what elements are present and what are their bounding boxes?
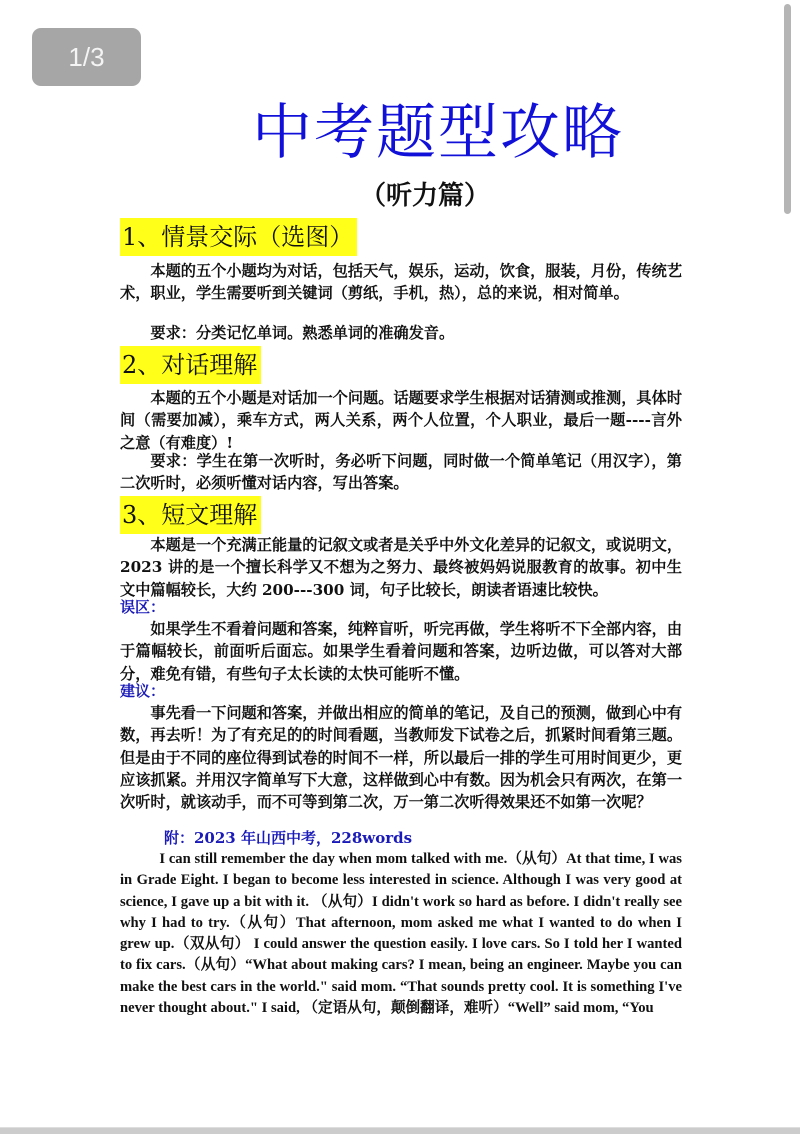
page-counter-badge: 1/3 [32, 28, 141, 86]
section-1-requirement: 要求：分类记忆单词。熟悉单词的准确发音。 [120, 322, 682, 344]
appendix-passage: I can still remember the day when mom ta… [120, 849, 682, 1019]
advice-paragraph: 事先看一下问题和答案，并做出相应的简单的笔记，及自己的预测，做到心中有数，再去听… [120, 702, 682, 813]
advice-label: 建议： [120, 680, 165, 702]
appendix-title: 附：2023 年山西中考，228words [164, 827, 412, 849]
section-3-paragraph-1: 本题是一个充满正能量的记叙文或者是关乎中外文化差异的记叙文，或说明文，2023 … [120, 534, 682, 601]
section-heading-3: 3、短文理解 [120, 496, 261, 534]
section-2-requirement: 要求：学生在第一次听时，务必听下问题，同时做一个简单笔记（用汉字），第二次听时，… [120, 450, 682, 495]
bottom-edge-bar [0, 1127, 800, 1134]
mistakes-label: 误区： [120, 596, 165, 618]
section-heading-1: 1、情景交际（选图） [120, 218, 357, 256]
section-2-paragraph-1: 本题的五个小题是对话加一个问题。话题要求学生根据对话猜测或推测，具体时间（需要加… [120, 387, 682, 454]
mistakes-paragraph: 如果学生不看着问题和答案，纯粹盲听，听完再做，学生将听不下全部内容，由于篇幅较长… [120, 618, 682, 685]
vertical-scrollbar-thumb[interactable] [784, 4, 791, 214]
document-subtitle: （听力篇） [360, 178, 490, 214]
section-heading-2: 2、对话理解 [120, 346, 261, 384]
document-title: 中考题型攻略 [252, 98, 624, 168]
section-1-paragraph-1: 本题的五个小题均为对话，包括天气，娱乐，运动，饮食，服装，月份，传统艺术，职业，… [120, 260, 682, 305]
